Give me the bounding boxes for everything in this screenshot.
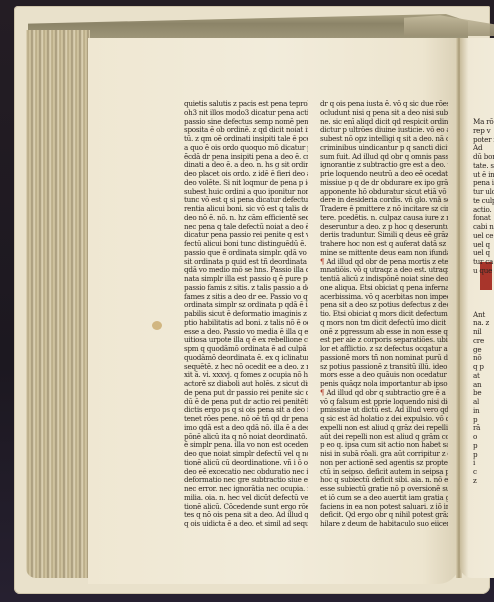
- text-line: [473, 284, 494, 293]
- page-block-fore-edge: [26, 30, 90, 578]
- text-line: hilare z deum de habitaculo suo eiicere.…: [320, 520, 448, 529]
- text-line: p: [473, 451, 494, 460]
- text-column-c-fragment: Ma rō prep vpoter iAddū bortate. szut ē …: [473, 118, 494, 486]
- text-line: q ois uidicta ē a deo. et simil ad sequē…: [184, 520, 308, 529]
- text-line: [473, 293, 494, 302]
- paragraph-mark-icon: ¶: [320, 257, 326, 266]
- text-column-b: dr q ois pena iusta ē. vō q sic due rōes…: [320, 100, 448, 529]
- text-line: [473, 276, 494, 285]
- paragraph-mark-icon: ¶: [320, 388, 326, 397]
- text-column-a: quietis salutis z pacis est pena teprobo…: [184, 100, 308, 529]
- text-line: z: [473, 477, 494, 486]
- book-photograph: quietis salutis z pacis est pena teprobo…: [0, 0, 494, 602]
- foxing-stain: [152, 321, 162, 330]
- text-line: u que: [473, 267, 494, 276]
